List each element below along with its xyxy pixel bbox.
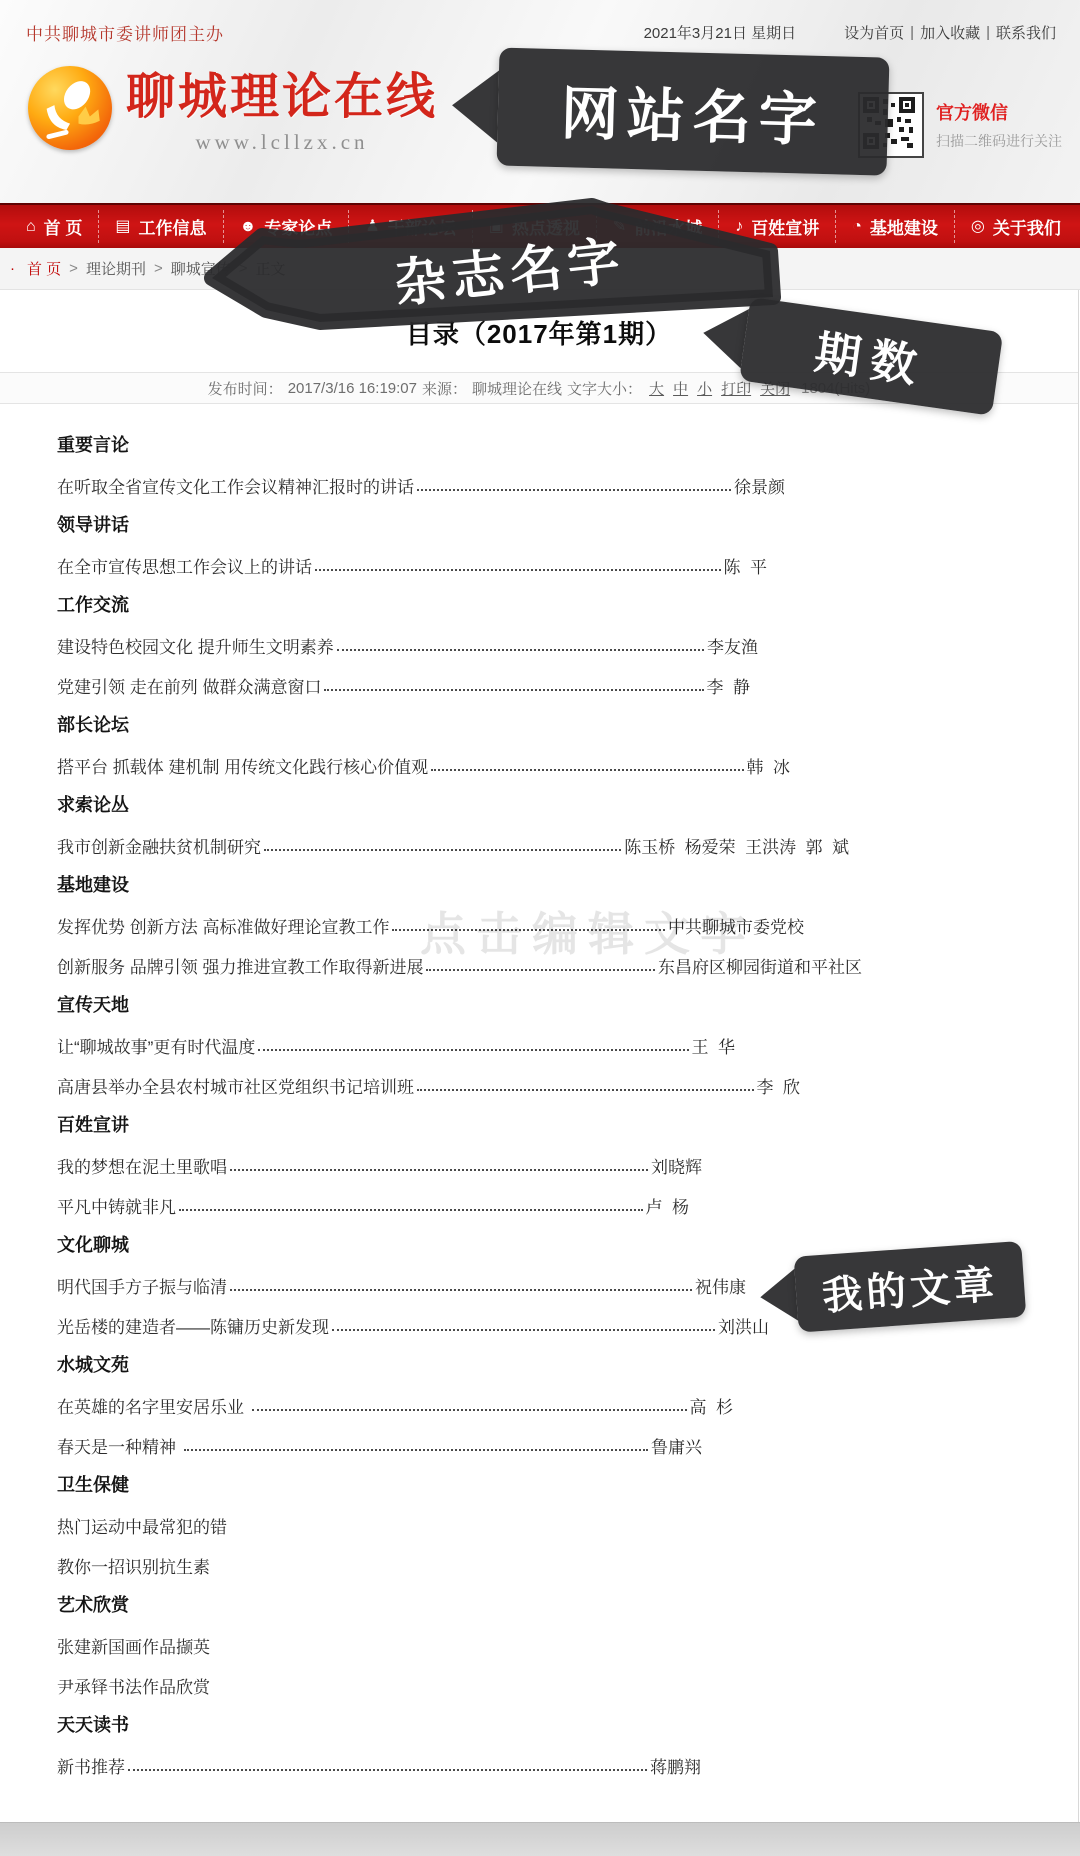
topbar-link[interactable]: 联系我们 (990, 22, 1062, 43)
toc-entry: 张建新国画作品撷英 (57, 1625, 1037, 1665)
toc-entry-author: 李友渔 (707, 633, 758, 658)
dot-leader (179, 1209, 643, 1211)
toc-entry-title: 在听取全省宣传文化工作会议精神汇报时的讲话 (57, 473, 414, 498)
toc-entry: 光岳楼的建造者——陈镛历史新发现刘洪山 (57, 1305, 769, 1345)
toc-entry-author: 蒋鹏翔 (650, 1753, 701, 1778)
toc-section-heading: 基地建设 (57, 865, 1037, 905)
toc-section-heading: 领导讲话 (57, 505, 1037, 545)
dot-leader (417, 1089, 754, 1091)
toc-entry-title: 建设特色校园文化 提升师生文明素养 (57, 633, 334, 658)
dot-leader (184, 1449, 648, 1451)
toc-entry-author: 陈 平 (724, 553, 767, 578)
sticker-my-article-label: 我的文章 (794, 1241, 1027, 1333)
toc-section-heading: 百姓宣讲 (57, 1105, 1037, 1145)
wechat-block: 官方微信 扫描二维码进行关注 (858, 92, 1062, 158)
current-date: 2021年3月21日 星期日 (644, 22, 797, 43)
toc-entry: 建设特色校园文化 提升师生文明素养李友渔 (57, 625, 758, 665)
toc-entry-title: 尹承铎书法作品欣赏 (57, 1673, 210, 1698)
toc-section-heading: 部长论坛 (57, 705, 1037, 745)
toc-entry: 热门运动中最常犯的错 (57, 1505, 1037, 1545)
document-icon: ▤ (115, 219, 130, 235)
sponsor-text: 中共聊城市委讲师团主办 (26, 20, 224, 45)
toc-section-heading: 天天读书 (57, 1705, 1037, 1745)
dot-leader (230, 1169, 648, 1171)
dot-leader (252, 1409, 687, 1411)
toc-entry-author: 东昌府区柳园街道和平社区 (658, 953, 862, 978)
toc-entry-author: 徐景颜 (734, 473, 785, 498)
toc-entry-author: 王 华 (692, 1033, 735, 1058)
toc-entry-title: 春天是一种精神 (57, 1433, 181, 1458)
toc-section-heading: 艺术欣赏 (57, 1585, 1037, 1625)
toc-entry: 发挥优势 创新方法 高标准做好理论宣教工作中共聊城市委党校 (57, 905, 804, 945)
breadcrumb-item[interactable]: 理论期刊 (80, 258, 152, 279)
toc-entry-author: 鲁庸兴 (651, 1433, 702, 1458)
toc-section-heading: 宣传天地 (57, 985, 1037, 1025)
toc-entry-author: 李 欣 (757, 1073, 800, 1098)
toc-entry-title: 我市创新金融扶贫机制研究 (57, 833, 261, 858)
toc-entry: 教你一招识别抗生素 (57, 1545, 1037, 1585)
toc-entry-author: 陈玉桥 杨爱荣 王洪涛 郭 斌 (624, 833, 849, 858)
nav-item-1[interactable]: ⌂首 页 (10, 210, 98, 243)
fontsize-label: 文字大小： (567, 378, 642, 399)
sticker-site-name: 网站名字 (451, 46, 890, 175)
wechat-title: 官方微信 (936, 99, 1062, 125)
font-small-link[interactable]: 小 (697, 378, 712, 399)
dot-leader (230, 1289, 692, 1291)
breadcrumb-separator: > (67, 260, 80, 277)
dot-leader (426, 969, 655, 971)
toc-entry-author: 卢 杨 (646, 1193, 689, 1218)
toc-entry: 尹承铎书法作品欣赏 (57, 1665, 1037, 1705)
toc-section-heading: 求索论丛 (57, 785, 1037, 825)
breadcrumb-bullet-icon: · (10, 260, 15, 277)
toc-entry: 搭平台 抓载体 建机制 用传统文化践行核心价值观韩 冰 (57, 745, 790, 785)
dot-leader (392, 929, 665, 931)
publish-time-label: 发布时间： (208, 378, 283, 399)
toc-entry-author: 中共聊城市委党校 (668, 913, 804, 938)
clock-icon: ◔ (852, 219, 862, 235)
toc-entry-author: 韩 冰 (747, 753, 790, 778)
nav-item-label: 首 页 (44, 214, 83, 239)
toc-entry-title: 在全市宣传思想工作会议上的讲话 (57, 553, 312, 578)
toc-entry: 高唐县举办全县农村城市社区党组织书记培训班李 欣 (57, 1065, 800, 1105)
toc: 重要言论在听取全省宣传文化工作会议精神汇报时的讲话徐景颜领导讲话在全市宣传思想工… (57, 425, 1037, 1785)
toc-section-heading: 重要言论 (57, 425, 1037, 465)
toc-entry-title: 在英雄的名字里安居乐业 (57, 1393, 249, 1418)
toc-entry-title: 新书推荐 (57, 1753, 125, 1778)
toc-entry: 在听取全省宣传文化工作会议精神汇报时的讲话徐景颜 (57, 465, 785, 505)
location-icon: ◎ (971, 219, 985, 235)
dot-leader (337, 649, 704, 651)
article: 目录（2017年第1期） 发布时间：2017/3/16 16:19:07 来源：… (0, 290, 1079, 1822)
dot-leader (332, 1329, 715, 1331)
toc-entry: 让“聊城故事”更有时代温度王 华 (57, 1025, 735, 1065)
source-label: 来源： (422, 378, 467, 399)
nav-item-9[interactable]: ◎关于我们 (954, 210, 1077, 243)
toc-entry: 创新服务 品牌引领 强力推进宣教工作取得新进展东昌府区柳园街道和平社区 (57, 945, 862, 985)
toc-entry: 平凡中铸就非凡卢 杨 (57, 1185, 689, 1225)
toc-entry: 在英雄的名字里安居乐业 高 杉 (57, 1385, 733, 1425)
toc-entry: 明代国手方子振与临清祝伟康 (57, 1265, 746, 1305)
toc-entry-title: 让“聊城故事”更有时代温度 (57, 1033, 255, 1058)
toc-entry-author: 刘晓辉 (651, 1153, 702, 1178)
toc-entry-author: 高 杉 (690, 1393, 733, 1418)
dot-leader (431, 769, 743, 771)
toc-entry-title: 张建新国画作品撷英 (57, 1633, 210, 1658)
toc-entry: 党建引领 走在前列 做群众满意窗口李 静 (57, 665, 750, 705)
nav-item-8[interactable]: ◔基地建设 (835, 210, 954, 243)
toc-section-heading: 卫生保健 (57, 1465, 1037, 1505)
toc-section-heading: 工作交流 (57, 585, 1037, 625)
toc-section-heading: 水城文苑 (57, 1345, 1037, 1385)
dot-leader (258, 1049, 688, 1051)
toc-entry-title: 平凡中铸就非凡 (57, 1193, 176, 1218)
toc-entry-title: 我的梦想在泥土里歌唱 (57, 1153, 227, 1178)
toc-entry: 我市创新金融扶贫机制研究陈玉桥 杨爱荣 王洪涛 郭 斌 (57, 825, 849, 865)
topbar-link[interactable]: 加入收藏 (914, 22, 986, 43)
wechat-subtitle: 扫描二维码进行关注 (936, 131, 1062, 151)
topbar-link[interactable]: 设为首页 (838, 22, 910, 43)
toc-entry-title: 党建引领 走在前列 做群众满意窗口 (57, 673, 321, 698)
toc-entry: 新书推荐蒋鹏翔 (57, 1745, 701, 1785)
site-title: 聊城理论在线 (126, 66, 438, 128)
dot-leader (417, 489, 731, 491)
toc-entry: 在全市宣传思想工作会议上的讲话陈 平 (57, 545, 767, 585)
toc-entry: 我的梦想在泥土里歌唱刘晓辉 (57, 1145, 702, 1185)
toc-entry-author: 李 静 (707, 673, 750, 698)
sticker-site-name-label: 网站名字 (497, 48, 890, 176)
footer-band (0, 1822, 1080, 1856)
logo-microphone-icon (28, 66, 112, 150)
home-icon: ⌂ (26, 219, 36, 235)
font-medium-link[interactable]: 中 (673, 378, 688, 399)
dot-leader (324, 689, 703, 691)
sticker-arrow-left-icon (759, 1269, 799, 1323)
toc-entry-title: 热门运动中最常犯的错 (57, 1513, 227, 1538)
sticker-arrow-left-icon (451, 69, 499, 142)
breadcrumb-item[interactable]: 首 页 (21, 258, 67, 279)
toc-entry-author: 祝伟康 (695, 1273, 746, 1298)
dot-leader (264, 849, 621, 851)
toc-entry-title: 搭平台 抓载体 建机制 用传统文化践行核心价值观 (57, 753, 428, 778)
font-large-link[interactable]: 大 (649, 378, 664, 399)
publish-time: 2017/3/16 16:19:07 (288, 380, 417, 397)
dot-leader (128, 1769, 647, 1771)
dot-leader (315, 569, 721, 571)
nav-item-label: 基地建设 (870, 214, 938, 239)
toc-entry-title: 教你一招识别抗生素 (57, 1553, 210, 1578)
breadcrumb-separator: > (152, 260, 165, 277)
toc-entry-title: 发挥优势 创新方法 高标准做好理论宣教工作 (57, 913, 389, 938)
nav-item-label: 关于我们 (993, 214, 1061, 239)
toc-entry-title: 高唐县举办全县农村城市社区党组织书记培训班 (57, 1073, 414, 1098)
site-url: www.lcllzx.cn (126, 130, 438, 155)
topbar-links: 设为首页|加入收藏|联系我们 (838, 22, 1062, 43)
site-logo[interactable]: 聊城理论在线 www.lcllzx.cn (28, 66, 438, 155)
toc-entry-title: 明代国手方子振与临清 (57, 1273, 227, 1298)
source-value: 聊城理论在线 (472, 378, 562, 399)
toc-entry: 春天是一种精神 鲁庸兴 (57, 1425, 702, 1465)
toc-entry-title: 光岳楼的建造者——陈镛历史新发现 (57, 1313, 329, 1338)
toc-entry-title: 创新服务 品牌引领 强力推进宣教工作取得新进展 (57, 953, 423, 978)
